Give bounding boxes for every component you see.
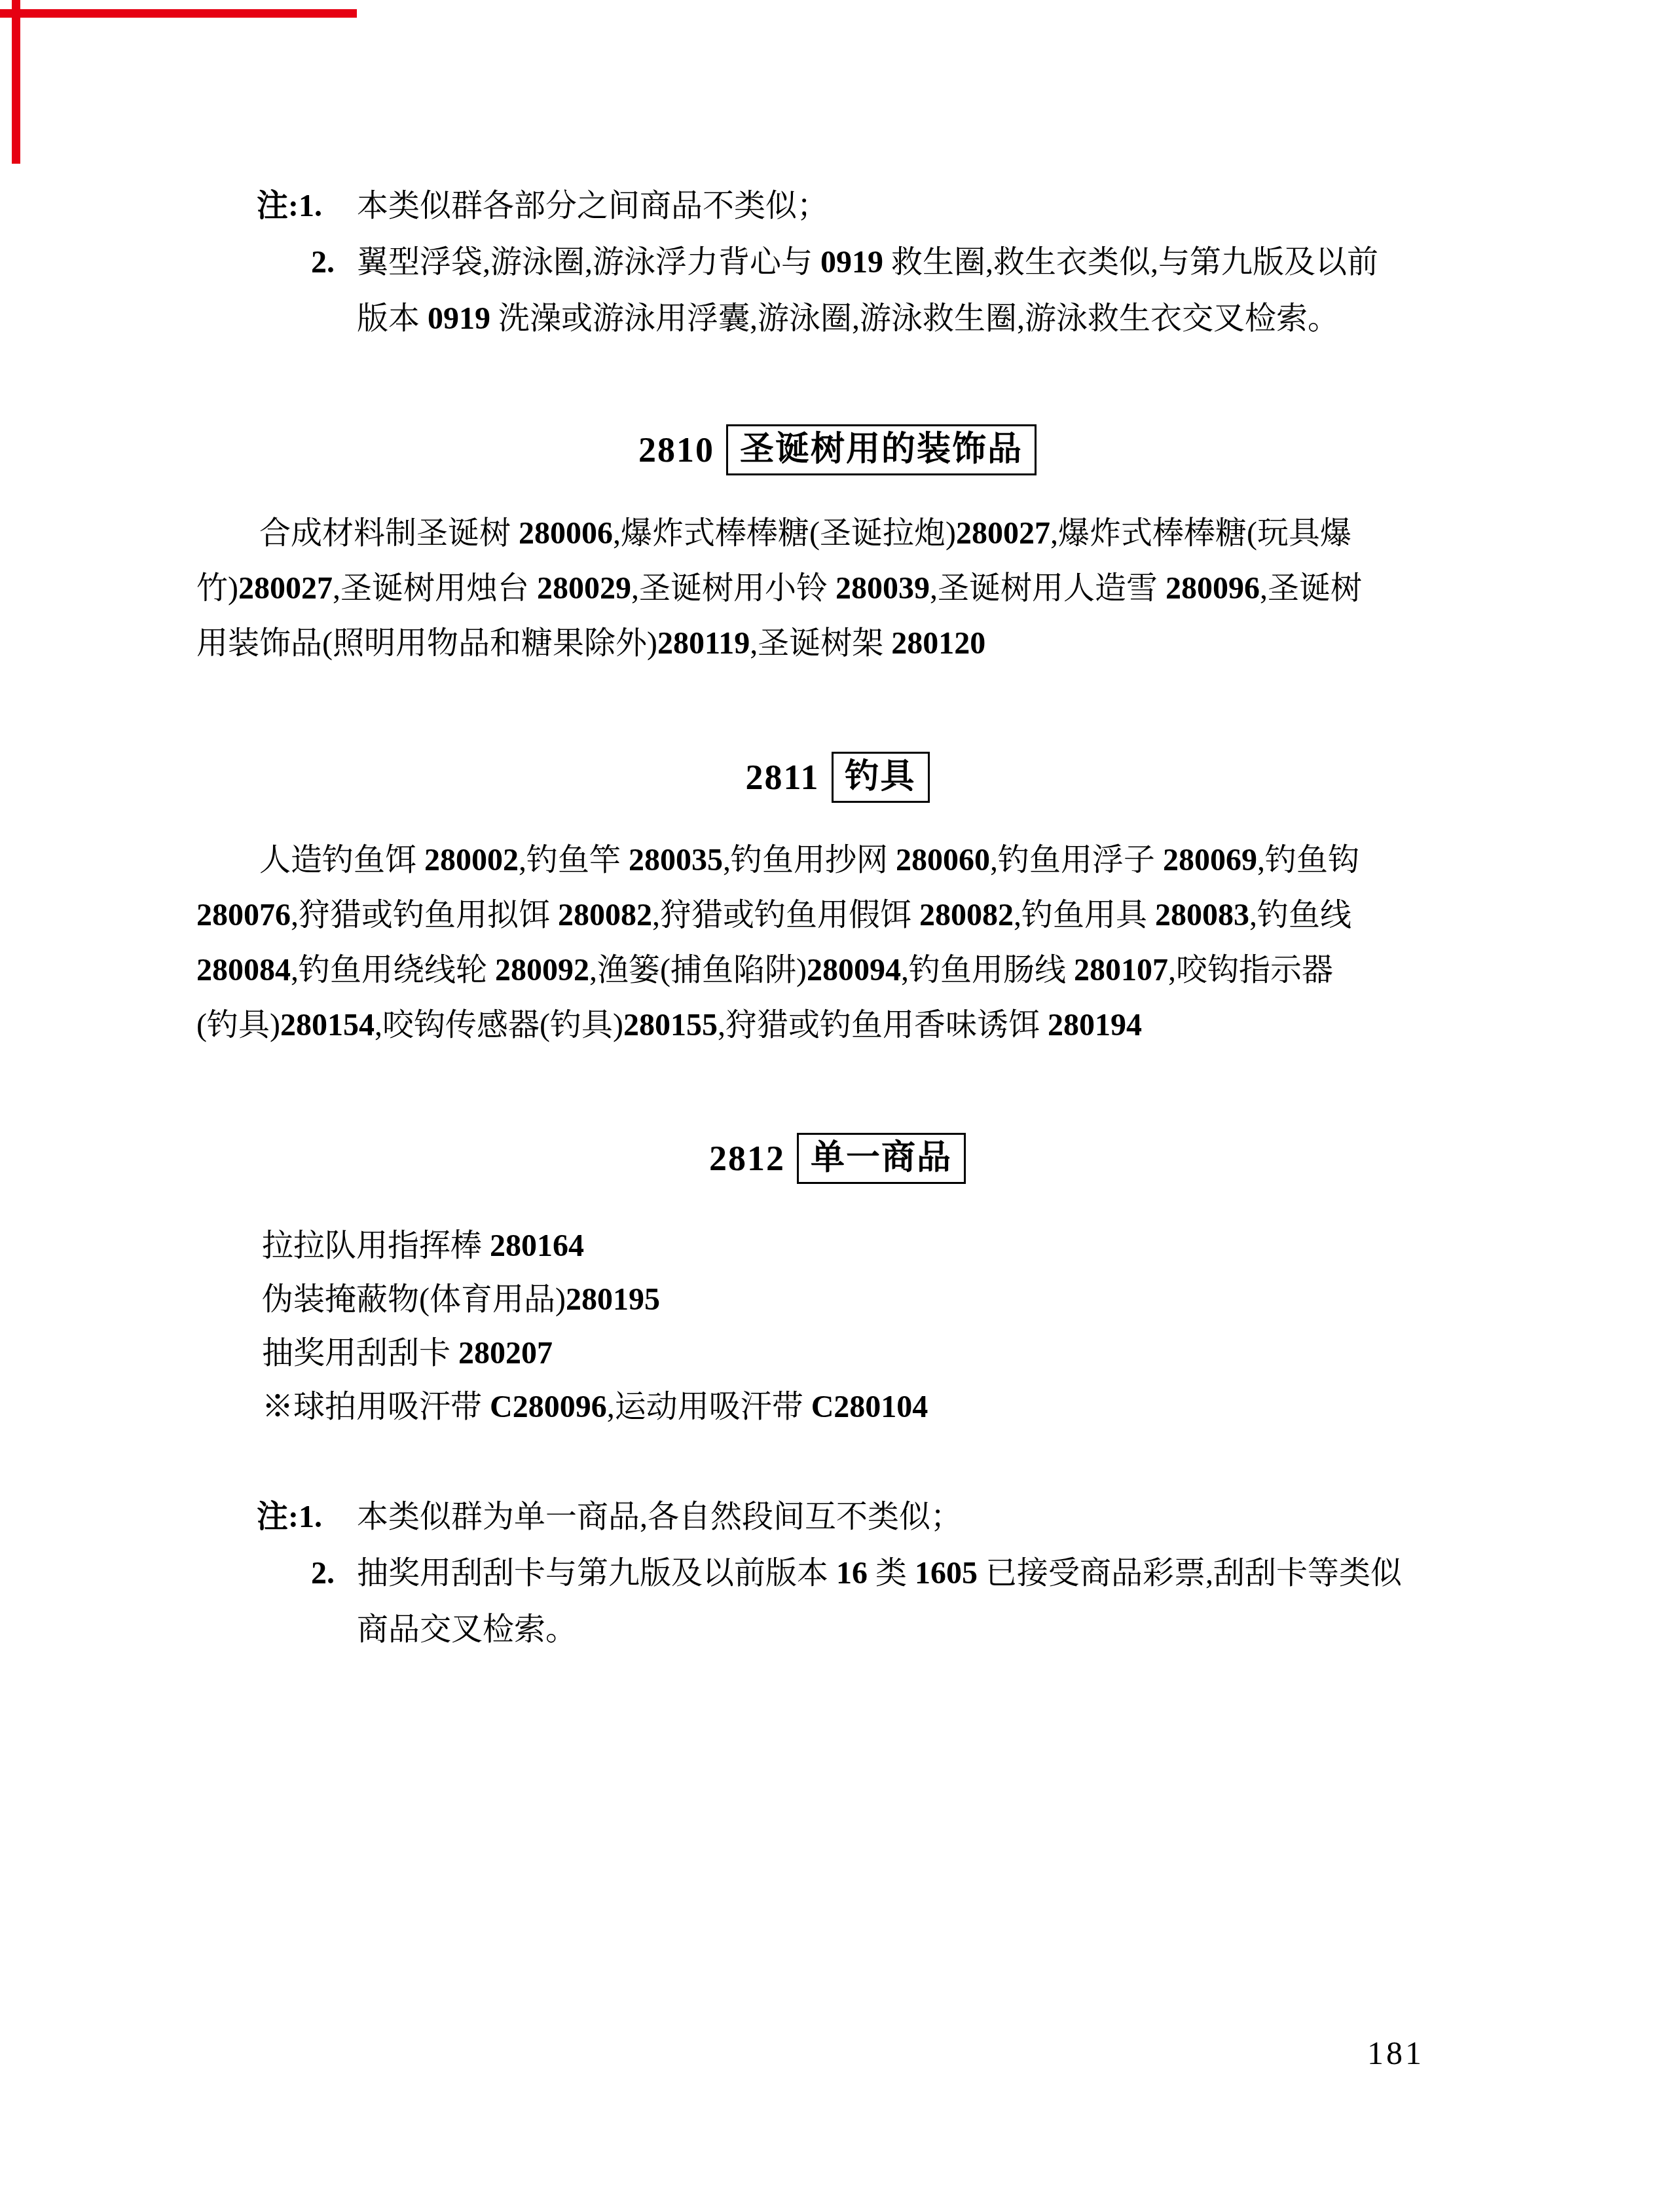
note-label: 注:1. xyxy=(257,1489,357,1545)
list-item: 抽奖用刮刮卡 280207 xyxy=(262,1327,928,1380)
note-text: 本类似群为单一商品,各自然段间互不类似； xyxy=(357,1500,962,1534)
note-label: 注:1. xyxy=(257,178,357,234)
top-note: 注:1.本类似群各部分之间商品不类似； 2.翼型浮袋,游泳圈,游泳浮力背心与 0… xyxy=(257,178,1478,347)
note-item-1: 注:1.本类似群各部分之间商品不类似； xyxy=(257,178,1478,234)
section-code: 2811 xyxy=(745,758,819,797)
section-title-box: 钓具 xyxy=(832,752,930,803)
note-text-continuation: 版本 0919 洗澡或游泳用浮囊,游泳圈,游泳救生圈,游泳救生衣交叉检索。 xyxy=(357,291,1478,347)
section-heading-2811: 2811钓具 xyxy=(196,752,1478,804)
list-item: ※球拍用吸汗带 C280096,运动用吸汗带 C280104 xyxy=(262,1380,928,1434)
bottom-note: 注:1.本类似群为单一商品,各自然段间互不类似； 2.抽奖用刮刮卡与第九版及以前… xyxy=(257,1489,1478,1658)
paragraph-line: 280084,钓鱼用绕线轮 280092,渔篓(捕鱼陷阱)280094,钓鱼用肠… xyxy=(196,943,1478,998)
list-item: 伪装掩蔽物(体育用品)280195 xyxy=(262,1273,928,1327)
note-text: 本类似群各部分之间商品不类似； xyxy=(357,189,828,223)
section-heading-2812: 2812单一商品 xyxy=(196,1133,1478,1185)
paragraph-line: 人造钓鱼饵 280002,钓鱼竿 280035,钓鱼用抄网 280060,钓鱼用… xyxy=(196,833,1478,888)
section-2810-paragraph: 合成材料制圣诞树 280006,爆炸式棒棒糖(圣诞拉炮)280027,爆炸式棒棒… xyxy=(196,506,1478,671)
note-item-2: 2.翼型浮袋,游泳圈,游泳浮力背心与 0919 救生圈,救生衣类似,与第九版及以… xyxy=(257,234,1478,291)
page: 注:1.本类似群各部分之间商品不类似； 2.翼型浮袋,游泳圈,游泳浮力背心与 0… xyxy=(0,0,1671,2212)
page-number: 181 xyxy=(1367,2034,1424,2072)
list-item: 拉拉队用指挥棒 280164 xyxy=(262,1219,928,1273)
section-title-box: 单一商品 xyxy=(797,1133,966,1184)
section-heading-2810: 2810圣诞树用的装饰品 xyxy=(196,424,1478,477)
note-text: 翼型浮袋,游泳圈,游泳浮力背心与 0919 救生圈,救生衣类似,与第九版及以前 xyxy=(357,245,1378,280)
section-2812-items: 拉拉队用指挥棒 280164 伪装掩蔽物(体育用品)280195 抽奖用刮刮卡 … xyxy=(262,1219,928,1434)
note-item-2: 2.抽奖用刮刮卡与第九版及以前版本 16 类 1605 已接受商品彩票,刮刮卡等… xyxy=(257,1545,1478,1602)
section-code: 2812 xyxy=(709,1139,785,1178)
paragraph-line: 280076,狩猎或钓鱼用拟饵 280082,狩猎或钓鱼用假饵 280082,钓… xyxy=(196,888,1478,943)
note-text-continuation: 商品交叉检索。 xyxy=(357,1602,1478,1658)
note-number: 2. xyxy=(311,234,357,291)
paragraph-line: 用装饰品(照明用物品和糖果除外)280119,圣诞树架 280120 xyxy=(196,616,1478,671)
paragraph-line: 竹)280027,圣诞树用烛台 280029,圣诞树用小铃 280039,圣诞树… xyxy=(196,561,1478,616)
section-2811-paragraph: 人造钓鱼饵 280002,钓鱼竿 280035,钓鱼用抄网 280060,钓鱼用… xyxy=(196,833,1478,1053)
paragraph-line: 合成材料制圣诞树 280006,爆炸式棒棒糖(圣诞拉炮)280027,爆炸式棒棒… xyxy=(196,506,1478,561)
note-item-1: 注:1.本类似群为单一商品,各自然段间互不类似； xyxy=(257,1489,1478,1545)
section-title-box: 圣诞树用的装饰品 xyxy=(726,424,1037,475)
paragraph-line: (钓具)280154,咬钩传感器(钓具)280155,狩猎或钓鱼用香味诱饵 28… xyxy=(196,998,1478,1053)
corner-mark-vertical xyxy=(12,0,20,164)
note-number: 2. xyxy=(311,1545,357,1602)
corner-mark-horizontal xyxy=(0,9,357,18)
note-text: 抽奖用刮刮卡与第九版及以前版本 16 类 1605 已接受商品彩票,刮刮卡等类似 xyxy=(357,1556,1402,1591)
section-code: 2810 xyxy=(638,430,714,470)
